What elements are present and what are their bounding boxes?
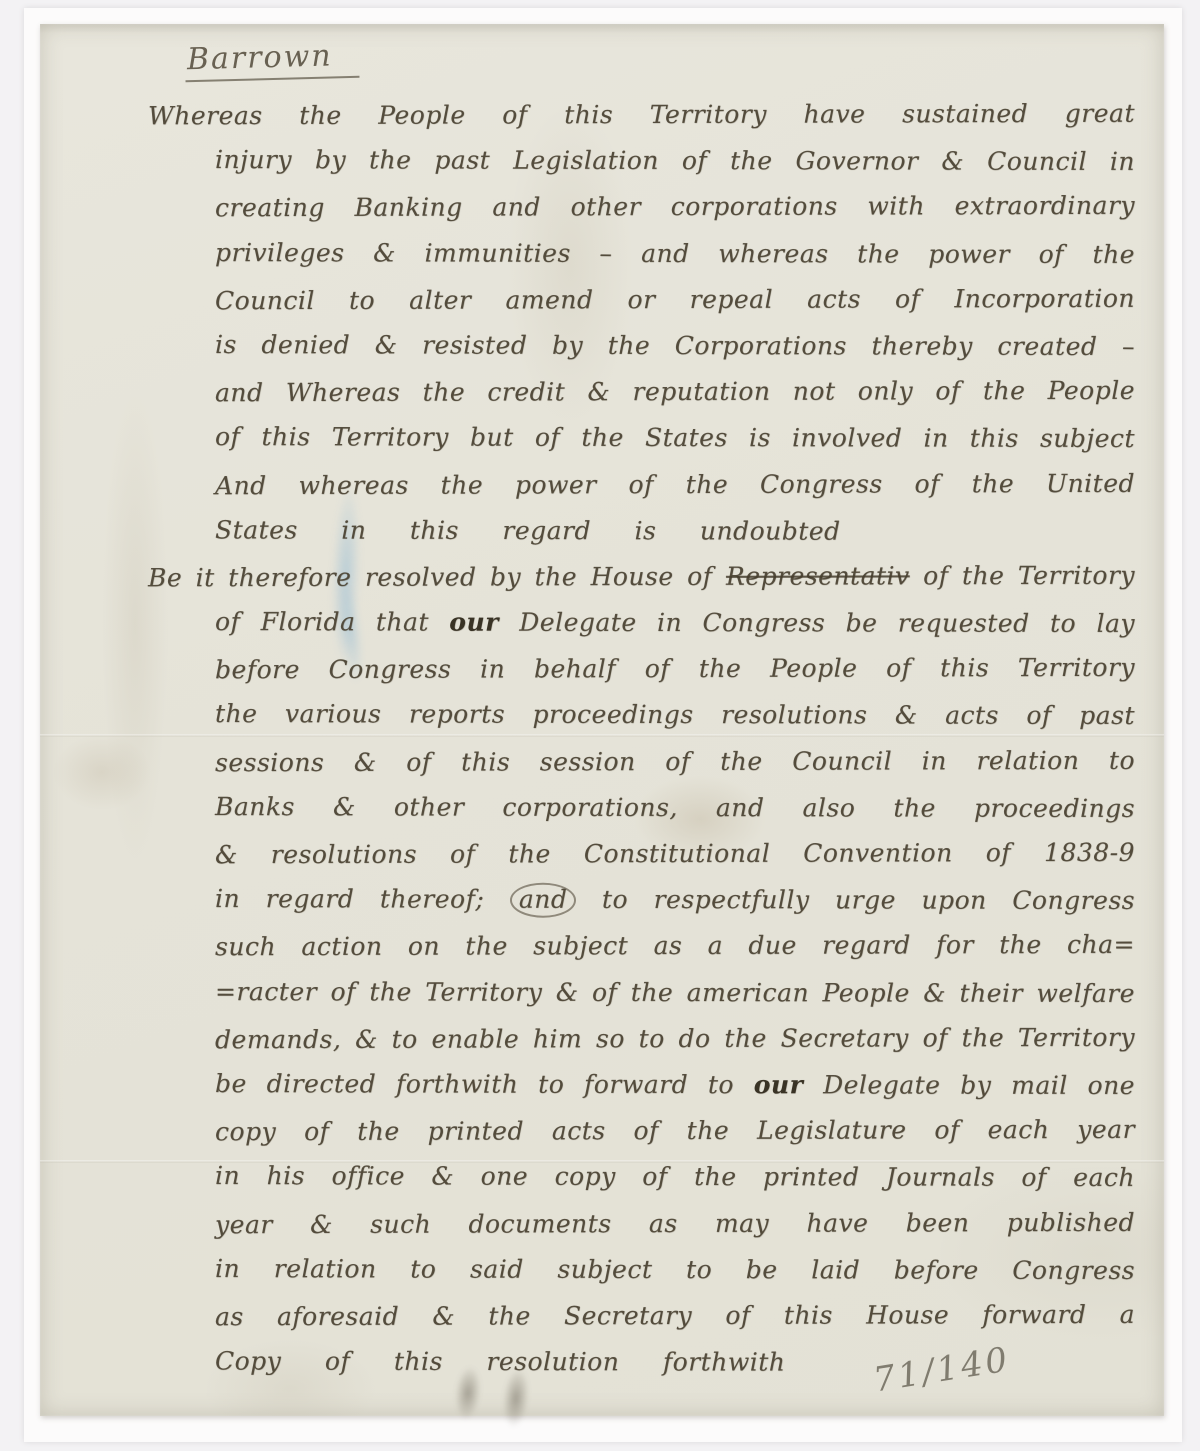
manuscript-line: Whereas the People of this Territory hav… [148, 91, 1135, 140]
manuscript-segment: copy of the printed acts of the Legislat… [215, 1115, 1135, 1146]
manuscript-line: before Congress in behalf of the People … [215, 645, 1135, 694]
manuscript-sheet: Barrown Whereas the People of this Terri… [40, 24, 1164, 1416]
docket-name: Barrown [185, 38, 360, 83]
manuscript-line: Banks & other corporations, and also the… [215, 784, 1135, 832]
manuscript-line: creating Banking and other corporations … [215, 183, 1135, 232]
manuscript-segment: Be it therefore resolved by the House of [148, 562, 726, 593]
manuscript-line: & resolutions of the Constitutional Conv… [215, 830, 1135, 879]
manuscript-segment: And whereas the power of the Congress of… [215, 468, 1135, 499]
manuscript-line: sessions & of this session of the Counci… [215, 737, 1135, 786]
manuscript-line: in regard thereof; and to respectfully u… [215, 876, 1135, 924]
manuscript-segment: Banks & other corporations, and also the… [215, 792, 1135, 823]
manuscript-segment: is denied & resisted by the Corporations… [215, 330, 1135, 361]
manuscript-segment: in his office & one copy of the printed … [215, 1161, 1135, 1192]
manuscript-segment: be directed forthwith to forward to [215, 1069, 754, 1099]
manuscript-segment: Copy of this resolution forthwith [215, 1346, 785, 1376]
manuscript-line: States in this regard is undoubted [215, 507, 841, 554]
manuscript-line: injury by the past Legislation of the Go… [215, 137, 1135, 185]
manuscript-segment: as aforesaid & the Secretary of this Hou… [215, 1300, 1135, 1331]
manuscript-line: privileges & immunities – and whereas th… [215, 230, 1135, 278]
manuscript-line: is denied & resisted by the Corporations… [215, 322, 1135, 370]
manuscript-segment: injury by the past Legislation of the Go… [215, 145, 1135, 176]
manuscript-segment: such action on the subject as a due rega… [215, 930, 1135, 961]
manuscript-segment: of Florida that [215, 607, 449, 636]
manuscript-line: And whereas the power of the Congress of… [215, 460, 1135, 509]
manuscript-line: in his office & one copy of the printed … [215, 1153, 1135, 1201]
manuscript-segment: sessions & of this session of the Counci… [215, 745, 1135, 776]
manuscript-line: of this Territory but of the States is i… [215, 414, 1135, 462]
manuscript-line: be directed forthwith to forward to our … [215, 1061, 1135, 1109]
manuscript-line: =racter of the Territory & of the americ… [215, 969, 1135, 1017]
manuscript-segment: of this Territory but of the States is i… [215, 422, 1135, 453]
manuscript-segment: & resolutions of the Constitutional Conv… [215, 838, 1135, 869]
manuscript-line: year & such documents as may have been p… [215, 1199, 1135, 1248]
manuscript-line: the various reports proceedings resoluti… [215, 691, 1135, 739]
manuscript-segment: and Whereas the credit & reputation not … [215, 376, 1135, 407]
manuscript-segment: before Congress in behalf of the People … [215, 653, 1135, 684]
manuscript-segment: in relation to said subject to be laid b… [215, 1254, 1135, 1285]
scanned-document-page: Barrown Whereas the People of this Terri… [0, 0, 1200, 1451]
manuscript-segment: Council to alter amend or repeal acts of… [215, 284, 1135, 315]
manuscript-segment: the various reports proceedings resoluti… [215, 699, 1135, 730]
manuscript-line: as aforesaid & the Secretary of this Hou… [215, 1292, 1135, 1341]
manuscript-segment-strike: Representativ [726, 561, 910, 590]
manuscript-line: and Whereas the credit & reputation not … [215, 368, 1135, 417]
manuscript-segment-circled: and [510, 883, 577, 918]
manuscript-segment: demands, & to enable him so to do the Se… [215, 1023, 1135, 1054]
manuscript-line: in relation to said subject to be laid b… [215, 1246, 1135, 1294]
manuscript-segment: States in this regard is undoubted [215, 515, 841, 545]
manuscript-line: demands, & to enable him so to do the Se… [215, 1015, 1135, 1064]
manuscript-line: such action on the subject as a due rega… [215, 922, 1135, 971]
manuscript-segment: to respectfully urge upon Congress [576, 885, 1135, 915]
manuscript-line: Be it therefore resolved by the House of… [148, 553, 1135, 602]
manuscript-segment: Delegate in Congress be requested to lay [499, 608, 1135, 638]
manuscript-segment-overwritten: our [754, 1070, 804, 1099]
manuscript-segment: year & such documents as may have been p… [215, 1207, 1135, 1238]
manuscript-lines: Whereas the People of this Territory hav… [215, 92, 1135, 1385]
manuscript-segment: in regard thereof; [215, 884, 510, 914]
manuscript-segment: =racter of the Territory & of the americ… [215, 977, 1135, 1008]
manuscript-segment: of the Territory [910, 561, 1135, 591]
manuscript-line: Copy of this resolution forthwith [215, 1338, 785, 1385]
manuscript-segment: Whereas the People of this Territory hav… [148, 99, 1135, 131]
manuscript-line: copy of the printed acts of the Legislat… [215, 1107, 1135, 1156]
manuscript-segment: creating Banking and other corporations … [215, 191, 1135, 222]
manuscript-line: of Florida that our Delegate in Congress… [215, 599, 1135, 647]
manuscript-segment-overwritten: our [449, 608, 499, 637]
manuscript-line: Council to alter amend or repeal acts of… [215, 276, 1135, 325]
manuscript-segment: Delegate by mail one [803, 1070, 1135, 1100]
manuscript-segment: privileges & immunities – and whereas th… [215, 238, 1135, 269]
